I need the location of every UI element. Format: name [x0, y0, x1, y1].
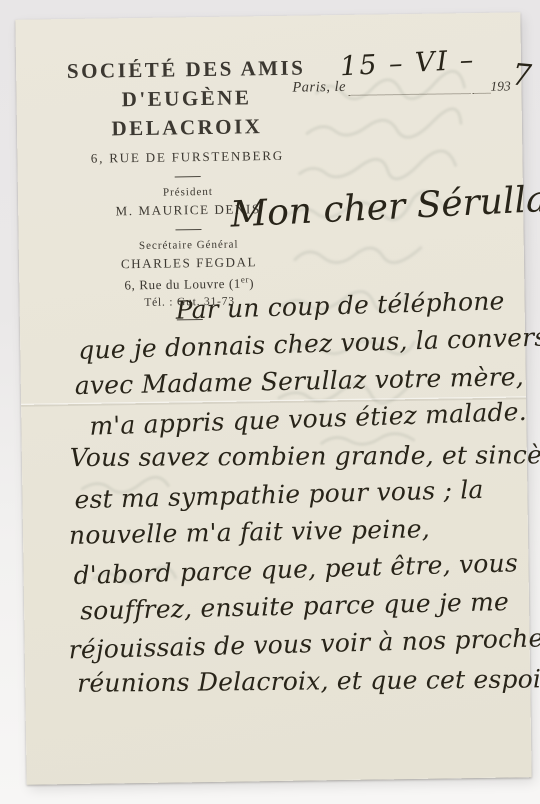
secretary-title: Secrétaire Général	[47, 237, 331, 253]
letterhead-divider	[175, 176, 201, 177]
secretary-name: CHARLES FEGDAL	[47, 253, 331, 273]
dateline-dotted-rule	[349, 93, 471, 96]
dateline-printed-year: 193	[490, 78, 510, 94]
photograph-of-letter: SOCIÉTÉ DES AMIS D'EUGÈNE DELACROIX 6, R…	[0, 0, 540, 804]
handwritten-year-digit: 7	[511, 57, 533, 94]
handwritten-date: 15 – VI –	[339, 45, 476, 83]
dateline: Paris, le 15 – VI – 193 7	[284, 52, 521, 121]
dateline-printed-prefix: Paris, le	[292, 79, 346, 97]
organization-address: 6, RUE DE FURSTENBERG	[45, 147, 329, 167]
letter-body: Par un coup de téléphoneque je donnais c…	[47, 285, 513, 704]
handwriting-line: réunions Delacroix, et que cet espoir	[77, 661, 513, 703]
dateline-dotted-rule	[472, 93, 490, 94]
letterhead-divider	[175, 229, 201, 230]
handwriting-line: Vous savez combien grande, et sincère,	[70, 436, 510, 476]
letter-sheet: SOCIÉTÉ DES AMIS D'EUGÈNE DELACROIX 6, R…	[15, 12, 531, 784]
